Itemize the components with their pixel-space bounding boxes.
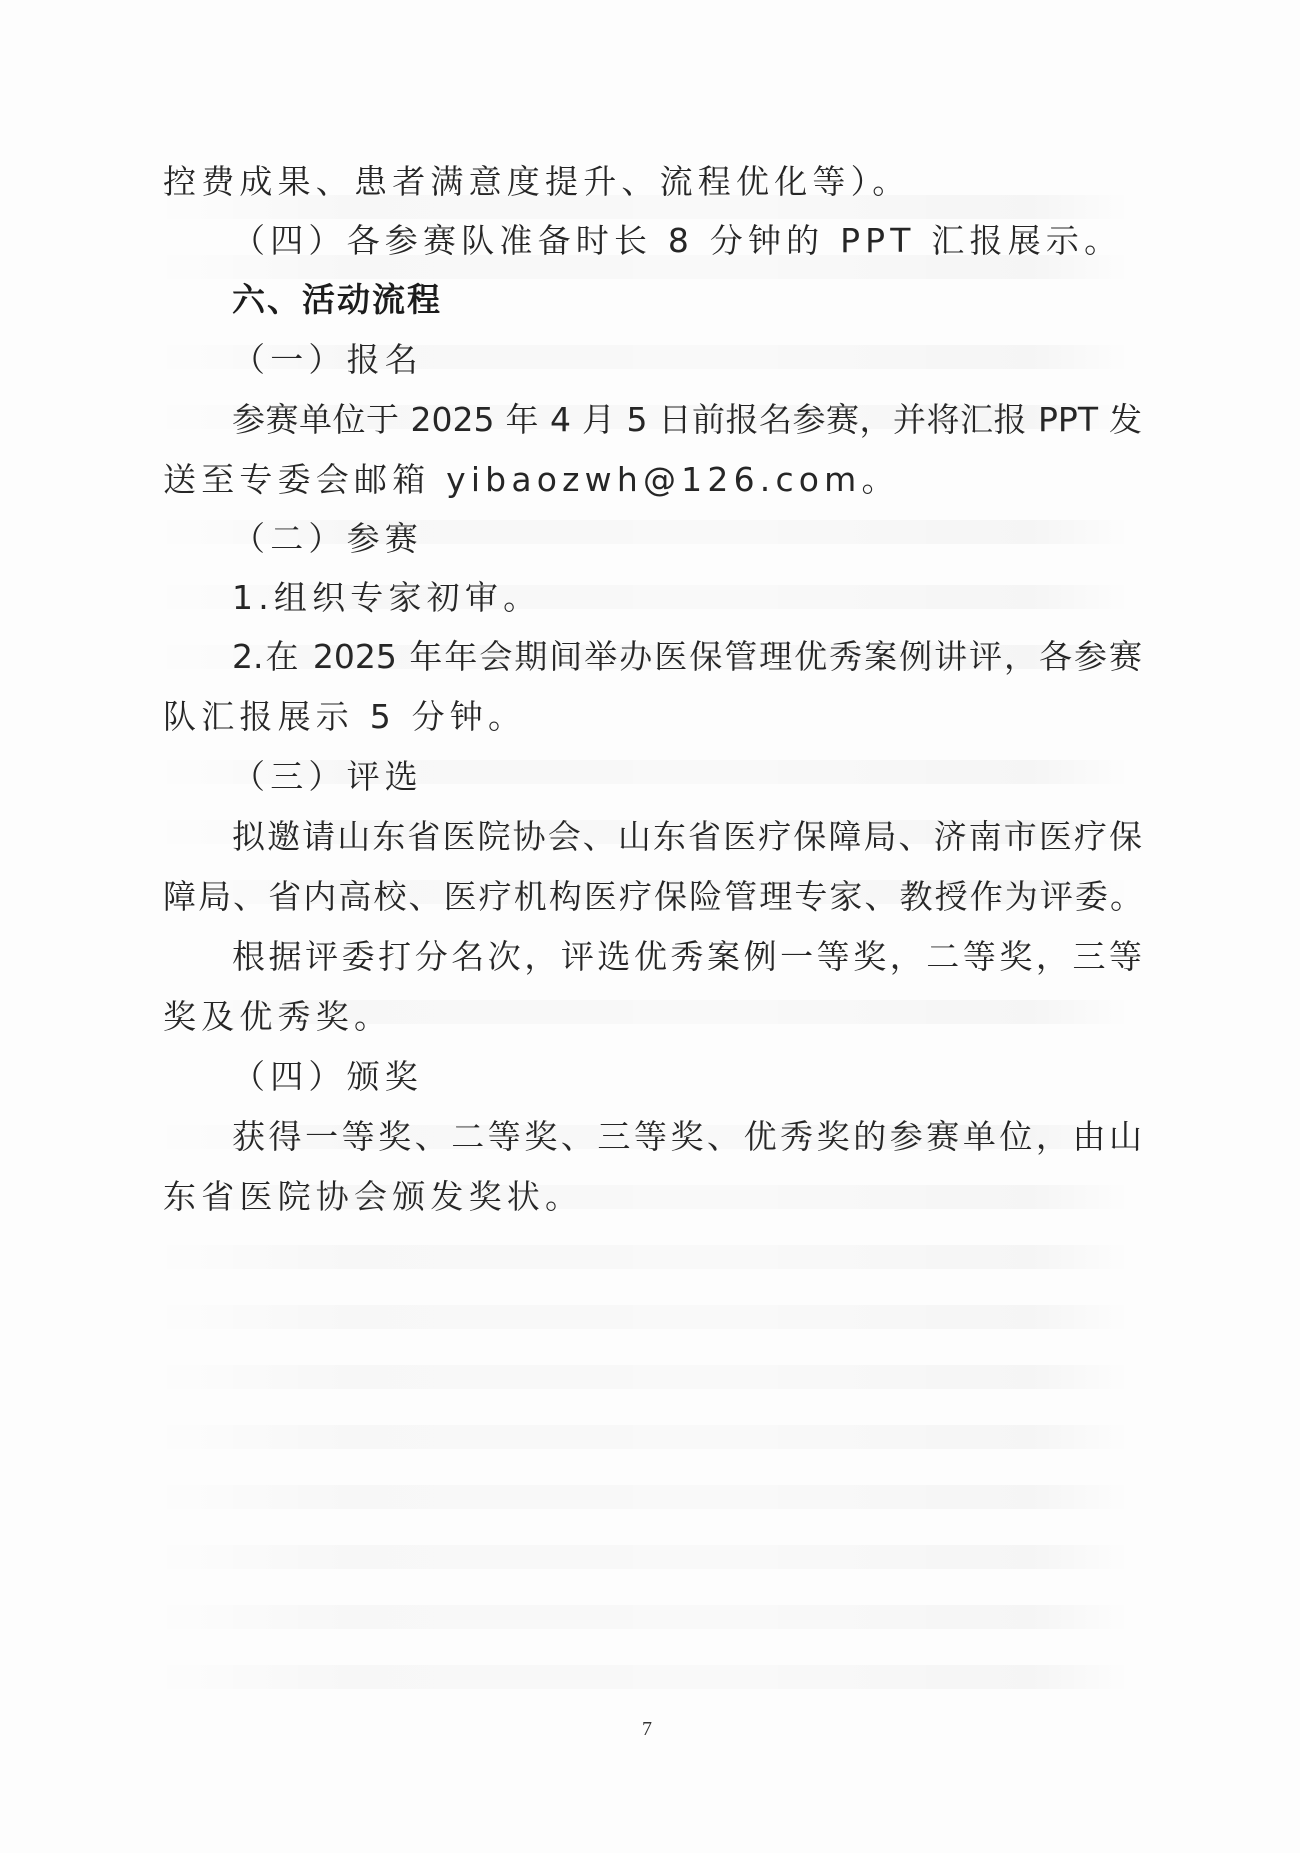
bleed-through-shadow: [150, 1245, 1130, 1269]
subheading-selection: （三）评选: [232, 757, 1212, 797]
section-heading: 六、活动流程: [232, 280, 1212, 320]
paragraph-line: 障局、省内高校、医疗机构医疗保险管理专家、教授作为评委。: [163, 877, 1143, 917]
paragraph-line: 参赛单位于 2025 年 4 月 5 日前报名参赛，并将汇报 PPT 发: [232, 400, 1142, 440]
item-line: （四）各参赛队准备时长 8 分钟的 PPT 汇报展示。: [232, 221, 1212, 261]
paragraph-line: 获得一等奖、二等奖、三等奖、优秀奖的参赛单位，由山: [232, 1117, 1142, 1157]
bleed-through-shadow: [150, 1665, 1130, 1689]
paragraph-line: 拟邀请山东省医院协会、山东省医疗保障局、济南市医疗保: [232, 817, 1142, 857]
paragraph-line: 控费成果、患者满意度提升、流程优化等）。: [163, 162, 1143, 202]
paragraph-line: 东省医院协会颁发奖状。: [163, 1177, 1143, 1217]
bleed-through-shadow: [150, 1425, 1130, 1449]
subheading-participation: （二）参赛: [232, 519, 1212, 559]
subheading-registration: （一）报名: [232, 340, 1212, 380]
bleed-through-shadow: [150, 1485, 1130, 1509]
paragraph-line: 奖及优秀奖。: [163, 997, 1143, 1037]
page-number: 7: [642, 1718, 652, 1741]
bleed-through-shadow: [150, 1305, 1130, 1329]
subheading-awards: （四）颁奖: [232, 1057, 1212, 1097]
paragraph-line: 2.在 2025 年年会期间举办医保管理优秀案例讲评，各参赛: [232, 637, 1142, 677]
bleed-through-shadow: [150, 1545, 1130, 1569]
paragraph-line: 根据评委打分名次，评选优秀案例一等奖，二等奖，三等: [232, 937, 1142, 977]
bleed-through-shadow: [150, 1365, 1130, 1389]
bleed-through-shadow: [150, 1605, 1130, 1629]
paragraph-line-email: 送至专委会邮箱 yibaozwh@126.com。: [163, 460, 1143, 500]
paragraph-line: 队汇报展示 5 分钟。: [163, 697, 1143, 737]
document-page: 控费成果、患者满意度提升、流程优化等）。 （四）各参赛队准备时长 8 分钟的 P…: [0, 0, 1300, 1853]
item-line: 1.组织专家初审。: [232, 578, 1212, 618]
